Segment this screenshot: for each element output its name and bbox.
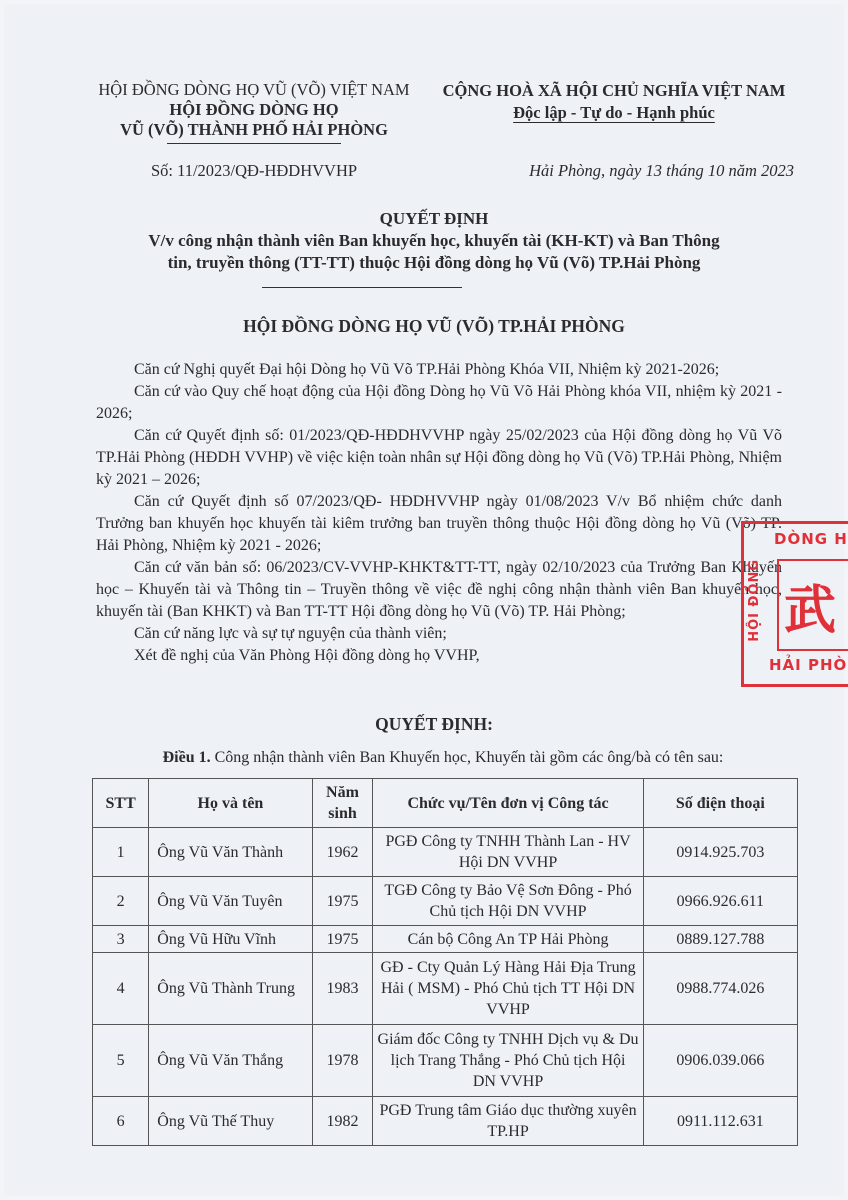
- decision-title: QUYẾT ĐỊNH V/v công nhận thành viên Ban …: [84, 208, 784, 274]
- org-name-line1: HỘI ĐỒNG DÒNG HỌ: [84, 100, 424, 120]
- cell-phone: 0889.127.788: [643, 926, 797, 953]
- table-row: 1 Ông Vũ Văn Thành 1962 PGĐ Công ty TNHH…: [93, 828, 798, 877]
- document-number: Số: 11/2023/QĐ-HĐDHVVHP: [84, 161, 424, 181]
- preamble-item: Căn cứ Quyết định số 07/2023/QĐ- HĐDHVVH…: [96, 491, 782, 557]
- table-row: 6 Ông Vũ Thế Thuy 1982 PGĐ Trung tâm Giá…: [93, 1097, 798, 1146]
- stamp-side-text: HỘI ĐỒNG: [747, 559, 762, 642]
- stamp-top-text: DÒNG H: [774, 530, 848, 548]
- table-row: 5 Ông Vũ Văn Thắng 1978 Giám đốc Công ty…: [93, 1025, 798, 1097]
- title-heading: QUYẾT ĐỊNH: [84, 208, 784, 230]
- preamble-item: Căn cứ văn bản số: 06/2023/CV-VVHP-KHKT&…: [96, 557, 782, 623]
- table-row: 3 Ông Vũ Hữu Vĩnh 1975 Cán bộ Công An TP…: [93, 926, 798, 953]
- col-header-position: Chức vụ/Tên đơn vị Công tác: [373, 779, 643, 828]
- cell-stt: 2: [93, 877, 149, 926]
- preamble-item: Xét đề nghị của Văn Phòng Hội đồng dòng …: [96, 645, 782, 667]
- col-header-birth-year: Năm sinh: [312, 779, 373, 828]
- org-name-line2: VŨ (VÕ) THÀNH PHỐ HẢI PHÒNG: [84, 120, 424, 140]
- article-1-label: Điều 1.: [163, 749, 211, 766]
- preamble-item: Căn cứ vào Quy chế hoạt động của Hội đồn…: [96, 381, 782, 425]
- preamble: Căn cứ Nghị quyết Đại hội Dòng họ Vũ Võ …: [96, 359, 782, 667]
- cell-name: Ông Vũ Thành Trung: [149, 953, 312, 1025]
- cell-name: Ông Vũ Văn Thành: [149, 828, 312, 877]
- cell-position: GĐ - Cty Quản Lý Hàng Hải Địa Trung Hải …: [373, 953, 643, 1025]
- col-header-name: Họ và tên: [149, 779, 312, 828]
- article-1-text: Công nhận thành viên Ban Khuyến học, Khu…: [211, 749, 724, 766]
- cell-stt: 3: [93, 926, 149, 953]
- subject-line-2: tin, truyền thông (TT-TT) thuộc Hội đồng…: [84, 252, 784, 274]
- cell-phone: 0988.774.026: [643, 953, 797, 1025]
- col-header-phone: Số điện thoại: [643, 779, 797, 828]
- stamp-bottom-text: HẢI PHÒ: [769, 656, 847, 674]
- cell-stt: 4: [93, 953, 149, 1025]
- preamble-item: Căn cứ Nghị quyết Đại hội Dòng họ Vũ Võ …: [96, 359, 782, 381]
- cell-birth-year: 1978: [312, 1025, 373, 1097]
- subject-line-1: V/v công nhận thành viên Ban khuyến học,…: [84, 230, 784, 252]
- national-motto: Độc lập - Tự do - Hạnh phúc: [424, 102, 804, 124]
- col-header-stt: STT: [93, 779, 149, 828]
- issuer-name: HỘI ĐỒNG DÒNG HỌ VŨ (VÕ) TP.HẢI PHÒNG: [84, 316, 784, 337]
- cell-phone: 0911.112.631: [643, 1097, 797, 1146]
- members-table: STT Họ và tên Năm sinh Chức vụ/Tên đơn v…: [92, 778, 798, 1146]
- preamble-item: Căn cứ Quyết định số: 01/2023/QĐ-HĐDHVVH…: [96, 425, 782, 491]
- cell-position: TGĐ Công ty Bảo Vệ Sơn Đông - Phó Chủ tị…: [373, 877, 643, 926]
- cell-stt: 6: [93, 1097, 149, 1146]
- cell-name: Ông Vũ Văn Tuyên: [149, 877, 312, 926]
- table-row: 4 Ông Vũ Thành Trung 1983 GĐ - Cty Quản …: [93, 953, 798, 1025]
- table-header-row: STT Họ và tên Năm sinh Chức vụ/Tên đơn v…: [93, 779, 798, 828]
- parent-org: HỘI ĐỒNG DÒNG HỌ VŨ (VÕ) VIỆT NAM: [84, 80, 424, 100]
- cell-position: PGĐ Công ty TNHH Thành Lan - HV Hội DN V…: [373, 828, 643, 877]
- cell-name: Ông Vũ Thế Thuy: [149, 1097, 312, 1146]
- cell-stt: 5: [93, 1025, 149, 1097]
- place-date: Hải Phòng, ngày 13 tháng 10 năm 2023: [424, 161, 794, 181]
- cell-phone: 0914.925.703: [643, 828, 797, 877]
- stamp-emblem-icon: 武: [784, 568, 836, 643]
- cell-phone: 0906.039.066: [643, 1025, 797, 1097]
- cell-name: Ông Vũ Hữu Vĩnh: [149, 926, 312, 953]
- cell-birth-year: 1975: [312, 926, 373, 953]
- preamble-item: Căn cứ năng lực và sự tự nguyện của thàn…: [96, 623, 782, 645]
- cell-position: Giám đốc Công ty TNHH Dịch vụ & Du lịch …: [373, 1025, 643, 1097]
- title-divider: [262, 287, 462, 288]
- document-page: HỘI ĐỒNG DÒNG HỌ VŨ (VÕ) VIỆT NAM HỘI ĐỒ…: [4, 4, 844, 1196]
- issuing-org-header: HỘI ĐỒNG DÒNG HỌ VŨ (VÕ) VIỆT NAM HỘI ĐỒ…: [84, 80, 424, 144]
- red-seal-stamp: DÒNG H HỘI ĐỒNG 武 HẢI PHÒ: [741, 521, 848, 687]
- cell-birth-year: 1962: [312, 828, 373, 877]
- country-name: CỘNG HOÀ XÃ HỘI CHỦ NGHĨA VIỆT NAM: [424, 80, 804, 102]
- cell-name: Ông Vũ Văn Thắng: [149, 1025, 312, 1097]
- cell-position: PGĐ Trung tâm Giáo dục thường xuyên TP.H…: [373, 1097, 643, 1146]
- cell-birth-year: 1982: [312, 1097, 373, 1146]
- cell-birth-year: 1975: [312, 877, 373, 926]
- table-row: 2 Ông Vũ Văn Tuyên 1975 TGĐ Công ty Bảo …: [93, 877, 798, 926]
- article-1: Điều 1. Công nhận thành viên Ban Khuyến …: [84, 749, 802, 767]
- cell-stt: 1: [93, 828, 149, 877]
- cell-birth-year: 1983: [312, 953, 373, 1025]
- cell-position: Cán bộ Công An TP Hải Phòng: [373, 926, 643, 953]
- header-divider: [167, 143, 341, 144]
- national-header: CỘNG HOÀ XÃ HỘI CHỦ NGHĨA VIỆT NAM Độc l…: [424, 80, 804, 124]
- cell-phone: 0966.926.611: [643, 877, 797, 926]
- decision-heading: QUYẾT ĐỊNH:: [84, 714, 784, 735]
